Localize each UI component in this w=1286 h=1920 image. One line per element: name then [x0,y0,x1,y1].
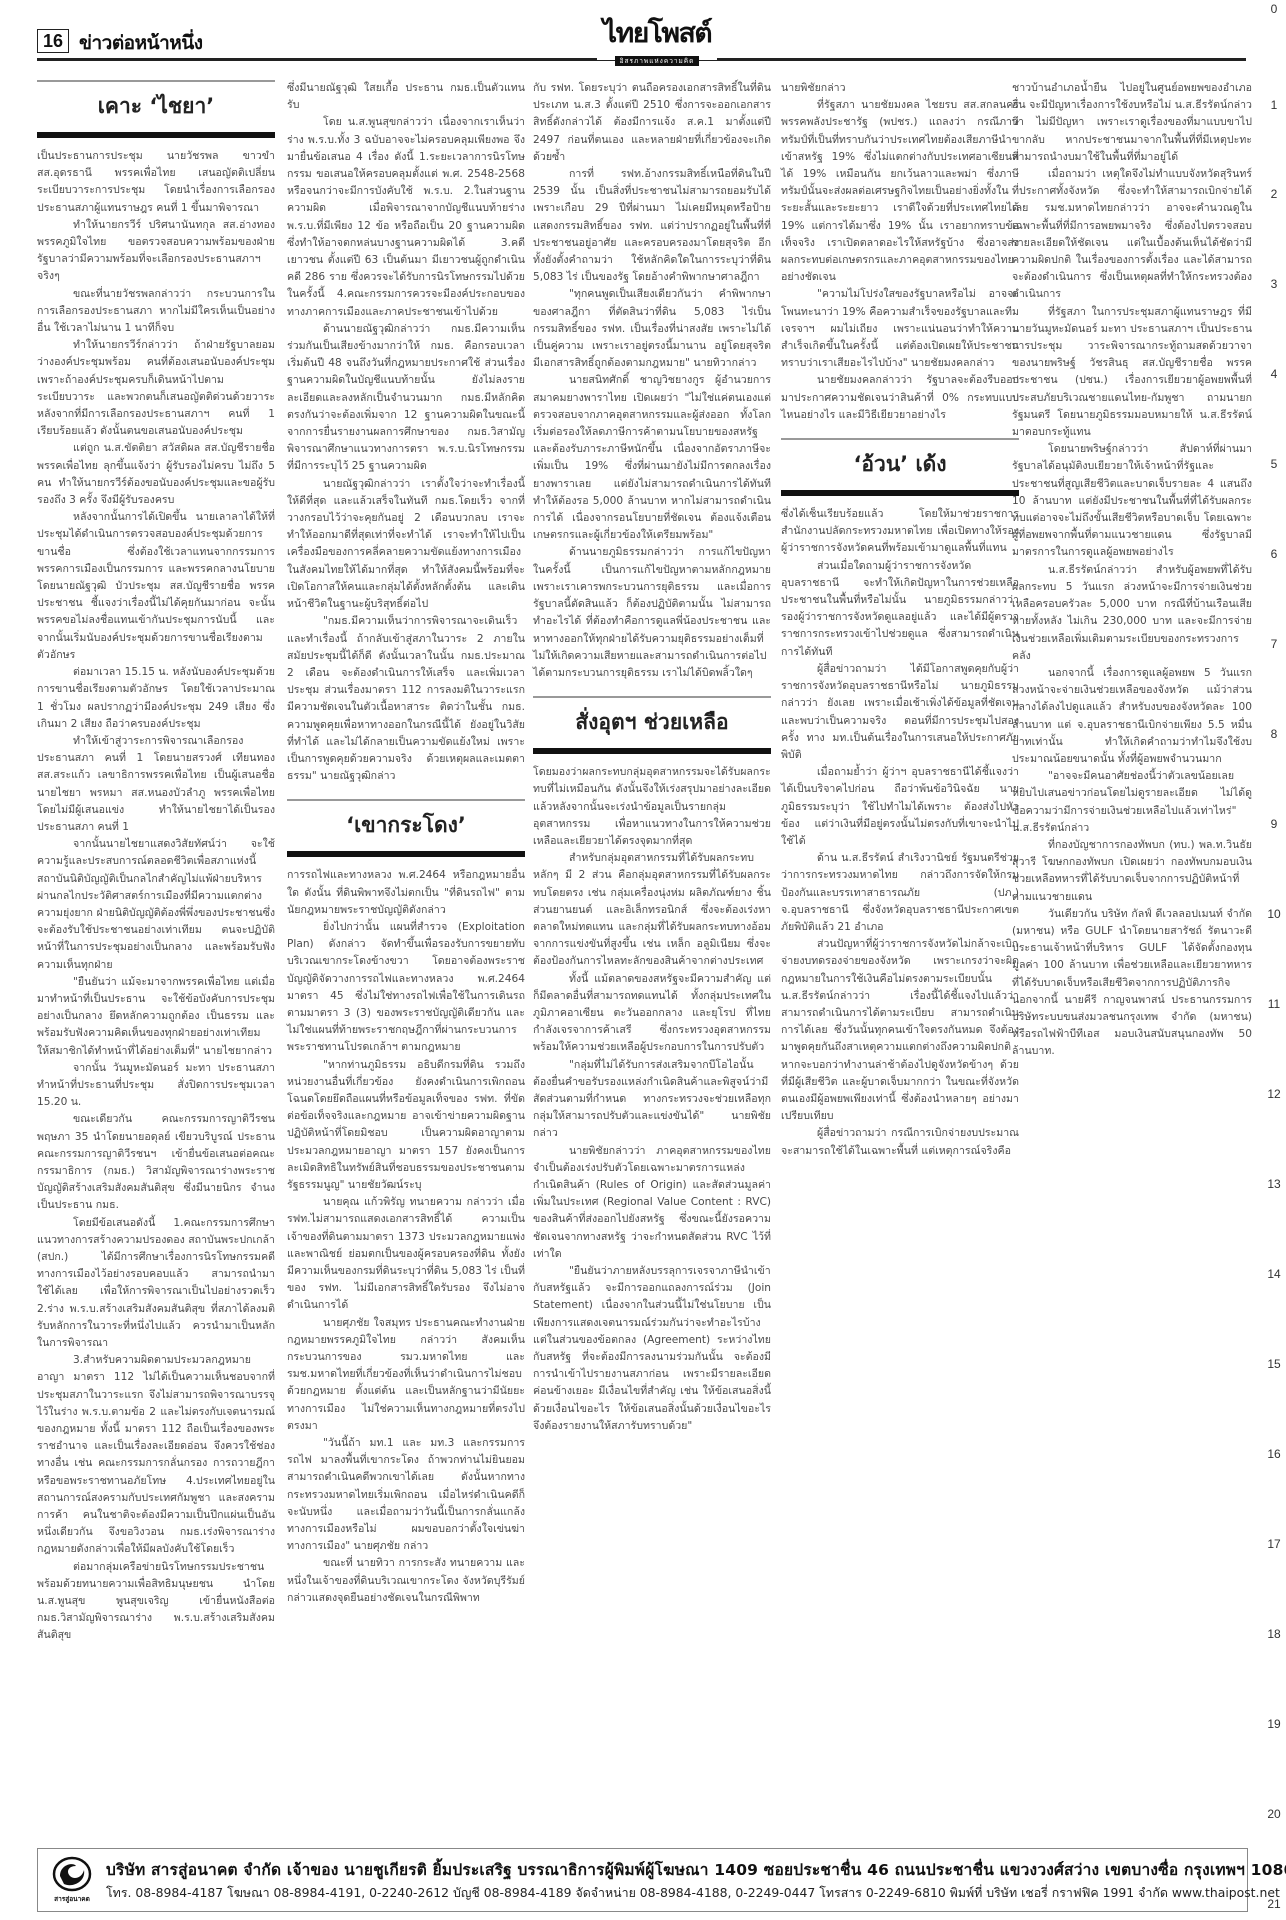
headline-khao-kradong: ‘เขากระโดง’ [287,801,525,851]
paragraph: ขณะที่นายวัชรพลกล่าวว่า กระบวนการในการเล… [37,286,275,338]
paragraph: "อาจจะมีคนอาศัยช่องนี้ว่าตัวเลขน้อยเลยหย… [1012,768,1252,837]
headline-uan-deng: ‘อ้วน’ เด้ง [781,440,1019,490]
paragraph: "ยืนยันว่าภายหลังบรรลุการเจรจาภาษีนำเข้า… [533,1263,771,1435]
rail-number: 10 [1262,907,1286,921]
rail-number: 4 [1262,367,1286,381]
paragraph: "หากท่านภูมิธรรม อธิบดีกรมที่ดิน รวมถึงห… [287,1057,525,1195]
paragraph: ที่รัฐสภา ในการประชุมสภาผู้แทนราษฎร ที่ม… [1012,304,1252,442]
paragraph: ที่รัฐสภา นายชัยมงคล ไชยรบ สส.สกลนคร พรร… [781,97,1019,286]
rail-number: 17 [1262,1537,1286,1551]
paragraph: นายสนิทศักดิ์ ชาญวิชยางกูร ผู้อำนวยการ ส… [533,372,771,544]
paragraph: น.ส.ธีรรัตน์กล่าวว่า สำหรับผู้อพยพที่ได้… [1012,562,1252,665]
paragraph: นายคุณ แก้วพิรัญ ทนายความ กล่าวว่า เมื่อ… [287,1194,525,1314]
column-3: กับ รฟท. โดยระบุว่า ตนถือครองเอกสารสิทธิ… [533,80,771,1435]
paragraph: นายพิชัยกล่าว [781,80,1019,97]
imprint-line-2: โทร. 08-8984-4187 โฆษณา 08-8984-4191, 0-… [106,1884,1280,1903]
paragraph: ทำให้นายกรวีร์ ปริศนานันทกุล สส.อ่างทอง … [37,217,275,286]
paragraph: "กลุ่มที่ไม่ได้รับการส่งเสริมจากบีโอไอนั… [533,1057,771,1143]
paragraph: ต่อมาเวลา 15.15 น. หลังนับองค์ประชุมด้วย… [37,664,275,733]
paragraph: ด้านนายภูมิธรรมกล่าวว่า การแก้ไขปัญหาในค… [533,544,771,682]
rail-number: 20 [1262,1807,1286,1821]
headline-bottom-rule [37,132,275,138]
headline-box: ‘เขากระโดง’ [287,791,525,857]
imprint-line-1: บริษัท สารสู่อนาคต จำกัด เจ้าของ นายชูเก… [106,1857,1286,1882]
paragraph: กับ รฟท. โดยระบุว่า ตนถือครองเอกสารสิทธิ… [533,80,771,166]
headline-bottom-rule [287,851,525,857]
paragraph: "กมธ.มีความเห็นว่าการพิจารณาจะเดินเร็วแล… [287,613,525,785]
paragraph: การที่ รฟท.อ้างกรรมสิทธิ์เหนือที่ดินในปี… [533,166,771,286]
paragraph: โดย น.ส.พูนสุขกล่าวว่า เนื่องจากเราเห็นว… [287,114,525,320]
paragraph: ซึ่งมีนายณัฐวุฒิ ใสยเกื้อ ประธาน กมธ.เป็… [287,80,525,114]
section-title: ข่าวต่อหน้าหนึ่ง [79,28,203,58]
paragraph: ยิ่งไปกว่านั้น แผนที่สำรวจ (Exploitation… [287,919,525,1057]
headline-kao-chaiya: เคาะ ‘ไชยา’ [37,82,275,132]
page-number: 16 [37,29,69,53]
paragraph: นอกจากนี้ เรื่องการดูแลผู้อพยพ 5 วันแรก … [1012,665,1252,768]
publisher-logo-icon [52,1856,92,1892]
paragraph: ทั้งนี้ แม้ตลาดของสหรัฐจะมีความสำคัญ แต่… [533,971,771,1057]
column-2: ซึ่งมีนายณัฐวุฒิ ใสยเกื้อ ประธาน กมธ.เป็… [287,80,525,1607]
paragraph: นายณัฐวุฒิกล่าวว่า เราตั้งใจว่าจะทำเรื่อ… [287,476,525,614]
paragraph: "วันนี้ถ้า มท.1 และ มท.3 และกรรมการรถไฟ … [287,1435,525,1555]
rail-number: 11 [1262,997,1286,1011]
rail-number: 16 [1262,1447,1286,1461]
newspaper-page: 16 ข่าวต่อหน้าหนึ่ง ไทยโพสต์ อิสรภาพแห่ง… [0,0,1286,1920]
paragraph: จากนั้นนายไชยาแสดงวิสัยทัศน์ว่า จะใช้ควา… [37,836,275,974]
paragraph: "ทุกคนพูดเป็นเสียงเดียวกันว่า คำพิพากษาข… [533,286,771,372]
paragraph: แต่ถูก น.ส.ขัตติยา สวัสดิผล สส.บัญชีรายช… [37,440,275,509]
paragraph: ทำให้เข้าสู่วาระการพิจารณาเลือกรองประธาน… [37,733,275,836]
paragraph: ด้านนายณัฐวุฒิกล่าวว่า กมธ.มีความเห็นร่ว… [287,321,525,476]
column-5: ชาวบ้านอำเภอน้ำยืน ไปอยู่ในศูนย์อพยพของอ… [1012,80,1252,1061]
line-number-rail: 0 1 2 3 4 5 6 7 8 9 10 11 12 13 14 15 16… [1262,0,1286,1920]
paragraph: ผู้สื่อข่าวถามว่า กรณีการเบิกจ่ายงบประมา… [781,1125,1019,1159]
column-4: นายพิชัยกล่าว ที่รัฐสภา นายชัยมงคล ไชยรบ… [781,80,1019,1160]
rail-number: 18 [1262,1627,1286,1641]
rail-number: 14 [1262,1267,1286,1281]
rail-number: 8 [1262,727,1286,741]
paragraph: ส่วนปัญหาที่ผู้ว่าราชการจังหวัดไม่กล้าจะ… [781,936,1019,1125]
rail-number: 15 [1262,1357,1286,1371]
paragraph: ผู้สื่อข่าวถามว่า ได้มีโอกาสพูดคุยกับผู้… [781,661,1019,764]
paragraph: ซึ่งได้เซ็นเรียบร้อยแล้ว โดยให้มาช่วยราช… [781,506,1019,558]
rail-number: 2 [1262,187,1286,201]
paragraph: ด้าน น.ส.ธีรรัตน์ สำเริงวานิชย์ รัฐมนตรี… [781,850,1019,936]
paragraph: หลังจากนั้นการได้เปิดขึ้น นายเลาลาได้ให้… [37,509,275,664]
paragraph: สำหรับกลุ่มอุตสาหกรรมที่ได้รับผลกระทบหลั… [533,850,771,970]
rail-number: 6 [1262,547,1286,561]
paragraph: โดยนายพริษฐ์กล่าวว่า สัปดาห์ที่ผ่านมารัฐ… [1012,441,1252,561]
headline-box: ‘อ้วน’ เด้ง [781,430,1019,496]
headline-box: เคาะ ‘ไชยา’ [37,72,275,138]
column-1: เคาะ ‘ไชยา’ เป็นประธานการประชุม นายวัชรพ… [37,80,275,1645]
paragraph: โดยมองว่าผลกระทบกลุ่มอุตสาหกรรมจะได้รับผ… [533,764,771,850]
paragraph: เมื่อถามว่า เหตุใดจึงไม่ทำแบบจังหวัดสุริ… [1012,166,1252,304]
paragraph: ที่กองบัญชาการกองทัพบก (ทบ.) พล.ท.วินธัย… [1012,837,1252,906]
paragraph: ขณะเดียวกัน คณะกรรมการญาติวีรชนพฤษภา 35 … [37,1111,275,1214]
paragraph: เป็นประธานการประชุม นายวัชรพล ขาวขำ สส.อ… [37,148,275,217]
rail-number: 3 [1262,277,1286,291]
rail-number: 5 [1262,457,1286,471]
publisher-logo-caption: สารสู่อนาคต [46,1894,98,1904]
rail-number: 9 [1262,817,1286,831]
paragraph: ขณะที่ นายทิวา การกระสัง ทนายความ และหนึ… [287,1555,525,1607]
masthead: 16 ข่าวต่อหน้าหนึ่ง ไทยโพสต์ อิสรภาพแห่ง… [37,20,1246,62]
paragraph: "ยืนยันว่า แม้จะมาจากพรรคเพื่อไทย แต่เมื… [37,974,275,1060]
headline-bottom-rule [533,748,771,754]
paragraph: จากนั้น วันมูหะมัดนอร์ มะทา ประธานสภา ทำ… [37,1060,275,1112]
paragraph: นายศุภชัย ใจสมุทร ประธานคณะทำงานฝ่ายกฎหม… [287,1315,525,1435]
headline-sang-ut: สั่งอุตฯ ช่วยเหลือ [533,698,771,748]
paragraph: โดยมีข้อเสนอดังนี้ 1.คณะกรรมการศึกษาแนวท… [37,1215,275,1353]
paragraph: ส่วนเมื่อใดถามผู้ว่าราชการจังหวัดอุบลราช… [781,558,1019,661]
headline-bottom-rule [781,490,1019,496]
rail-number: 7 [1262,637,1286,651]
paragraph: ทำให้นายกรวีร์กล่าวว่า ถ้าฝ่ายรัฐบาลยอมว… [37,337,275,440]
paragraph: 3.สำหรับความผิดตามประมวลกฎหมายอาญา มาตรา… [37,1352,275,1558]
logo-wordmark: ไทยโพสต์ [594,20,720,48]
paragraph: เมื่อถามย้ำว่า ผู้ว่าฯ อุบลราชธานีได้ชี้… [781,764,1019,850]
rail-number: 12 [1262,1087,1286,1101]
rail-number: 1 [1262,98,1286,112]
paragraph: ชาวบ้านอำเภอน้ำยืน ไปอยู่ในศูนย์อพยพของอ… [1012,80,1252,166]
paragraph: นายพิชัยกล่าวว่า ภาคอุตสาหกรรมของไทยจำเป… [533,1143,771,1263]
logo-tagline: อิสรภาพแห่งความคิด [615,56,700,66]
publisher-imprint: สารสู่อนาคต บริษัท สารสู่อนาคต จำกัด เจ้… [37,1848,1248,1912]
rail-number: 0 [1262,2,1286,16]
paragraph: วันเดียวกัน บริษัท กัลฟ์ ดีเวลลอปเมนท์ จ… [1012,906,1252,1061]
paragraph: "ความไม่โปร่งใสของรัฐบาลหรือไม่ อาจจะโพน… [781,286,1019,372]
paragraph: การรถไฟและทางหลวง พ.ศ.2464 หรือกฎหมายอื่… [287,867,525,919]
paragraph: นายชัยมงคลกล่าวว่า รัฐบาลจะต้องรีบออกมาป… [781,372,1019,424]
thaipost-logo: ไทยโพสต์ อิสรภาพแห่งความคิด [597,20,717,60]
rail-number: 13 [1262,1177,1286,1191]
headline-box: สั่งอุตฯ ช่วยเหลือ [533,688,771,754]
paragraph: ต่อมากลุ่มเครือข่ายนิรโทษกรรมประชาชน พร้… [37,1559,275,1645]
rail-number: 19 [1262,1717,1286,1731]
